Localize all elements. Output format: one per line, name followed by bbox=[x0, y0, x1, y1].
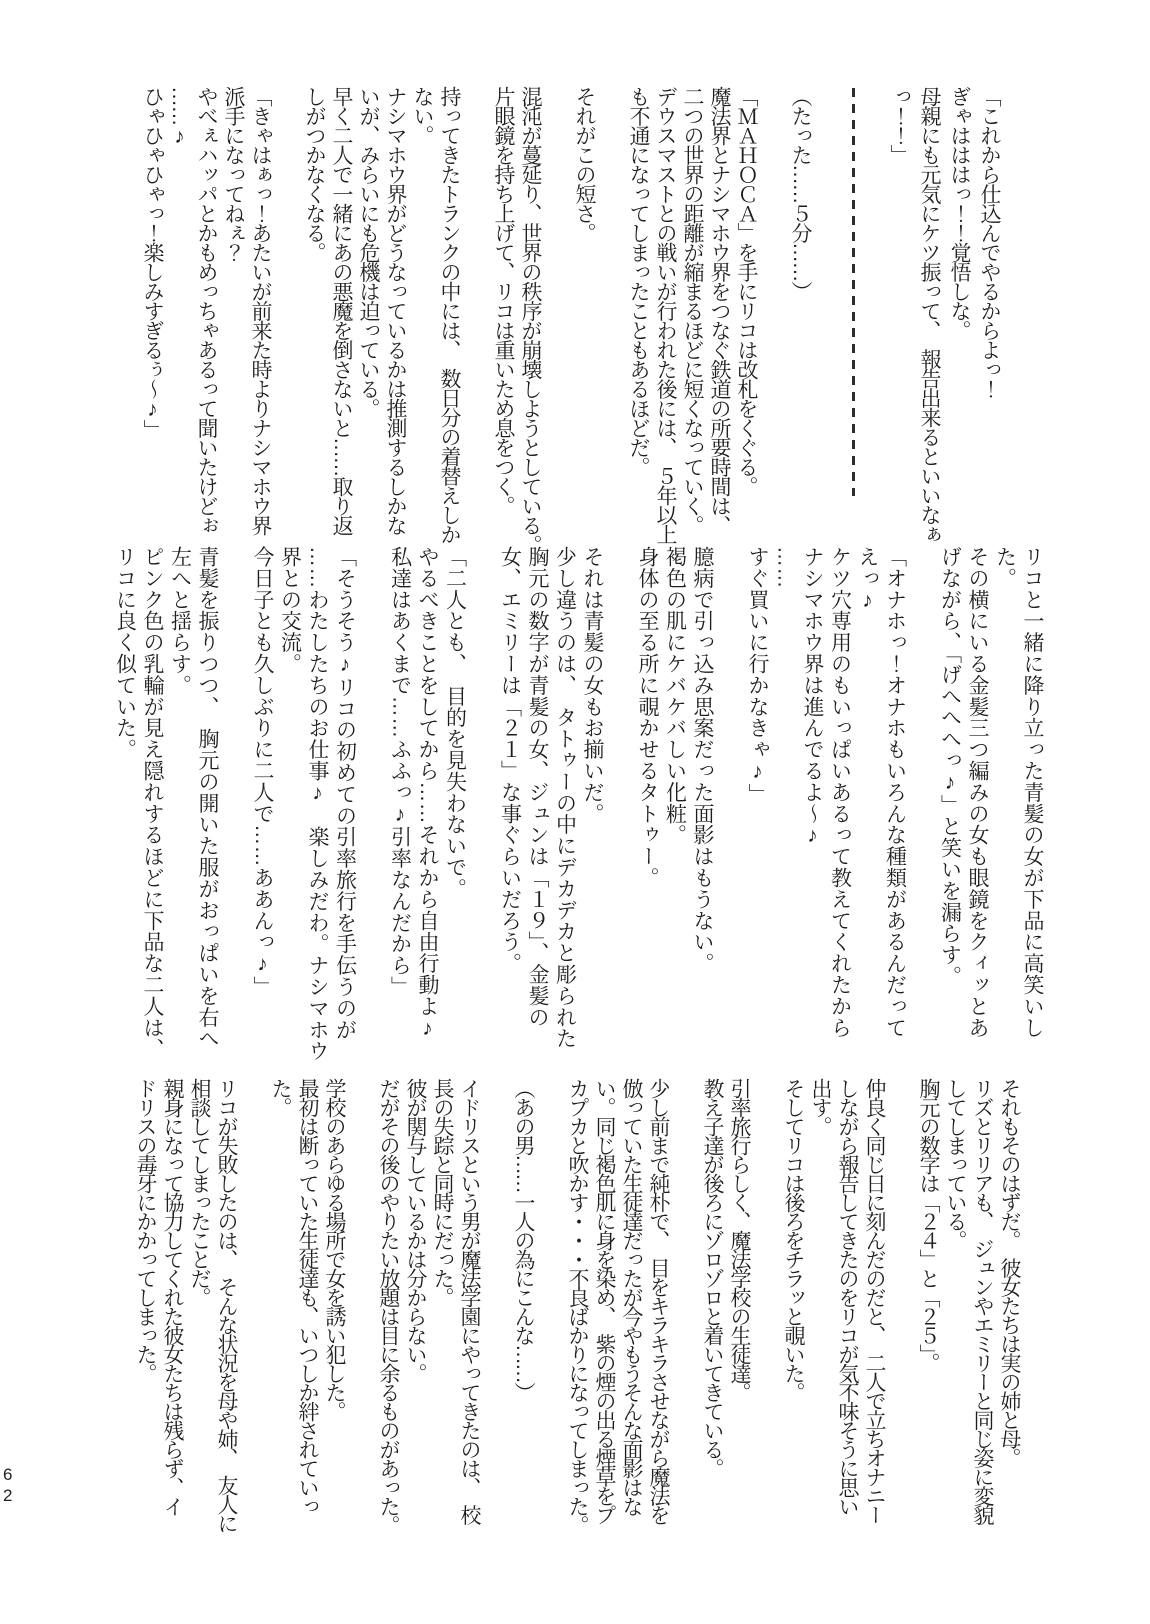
page-number: 62 bbox=[3, 1464, 16, 1506]
text-block-top-main: （たった……５分……） 「ＭＡＨＯＣＡ」を手にリコは改札をくぐる。 魔法界とナシ… bbox=[139, 86, 814, 558]
scanned-novel-page: 「これから仕込んでやるからよっ！ ぎゃはははっ！！覚悟しな。 母親にも元気にケツ… bbox=[0, 0, 1150, 1624]
text-block-top-quote: 「これから仕込んでやるからよっ！ ぎゃはははっ！！覚悟しな。 母親にも元気にケツ… bbox=[884, 86, 1004, 558]
section-divider-dashed-line bbox=[852, 88, 855, 496]
text-block-bottom: それもそのはずだ。 彼女たちは実の姉と母。 リズとリリアも、 ジュンやエミリーと… bbox=[132, 1078, 1023, 1560]
text-block-middle: リコと一緒に降り立った青髪の女が下品に高笑いし た。 その横にいる金髪三つ編みの… bbox=[111, 546, 1046, 1062]
